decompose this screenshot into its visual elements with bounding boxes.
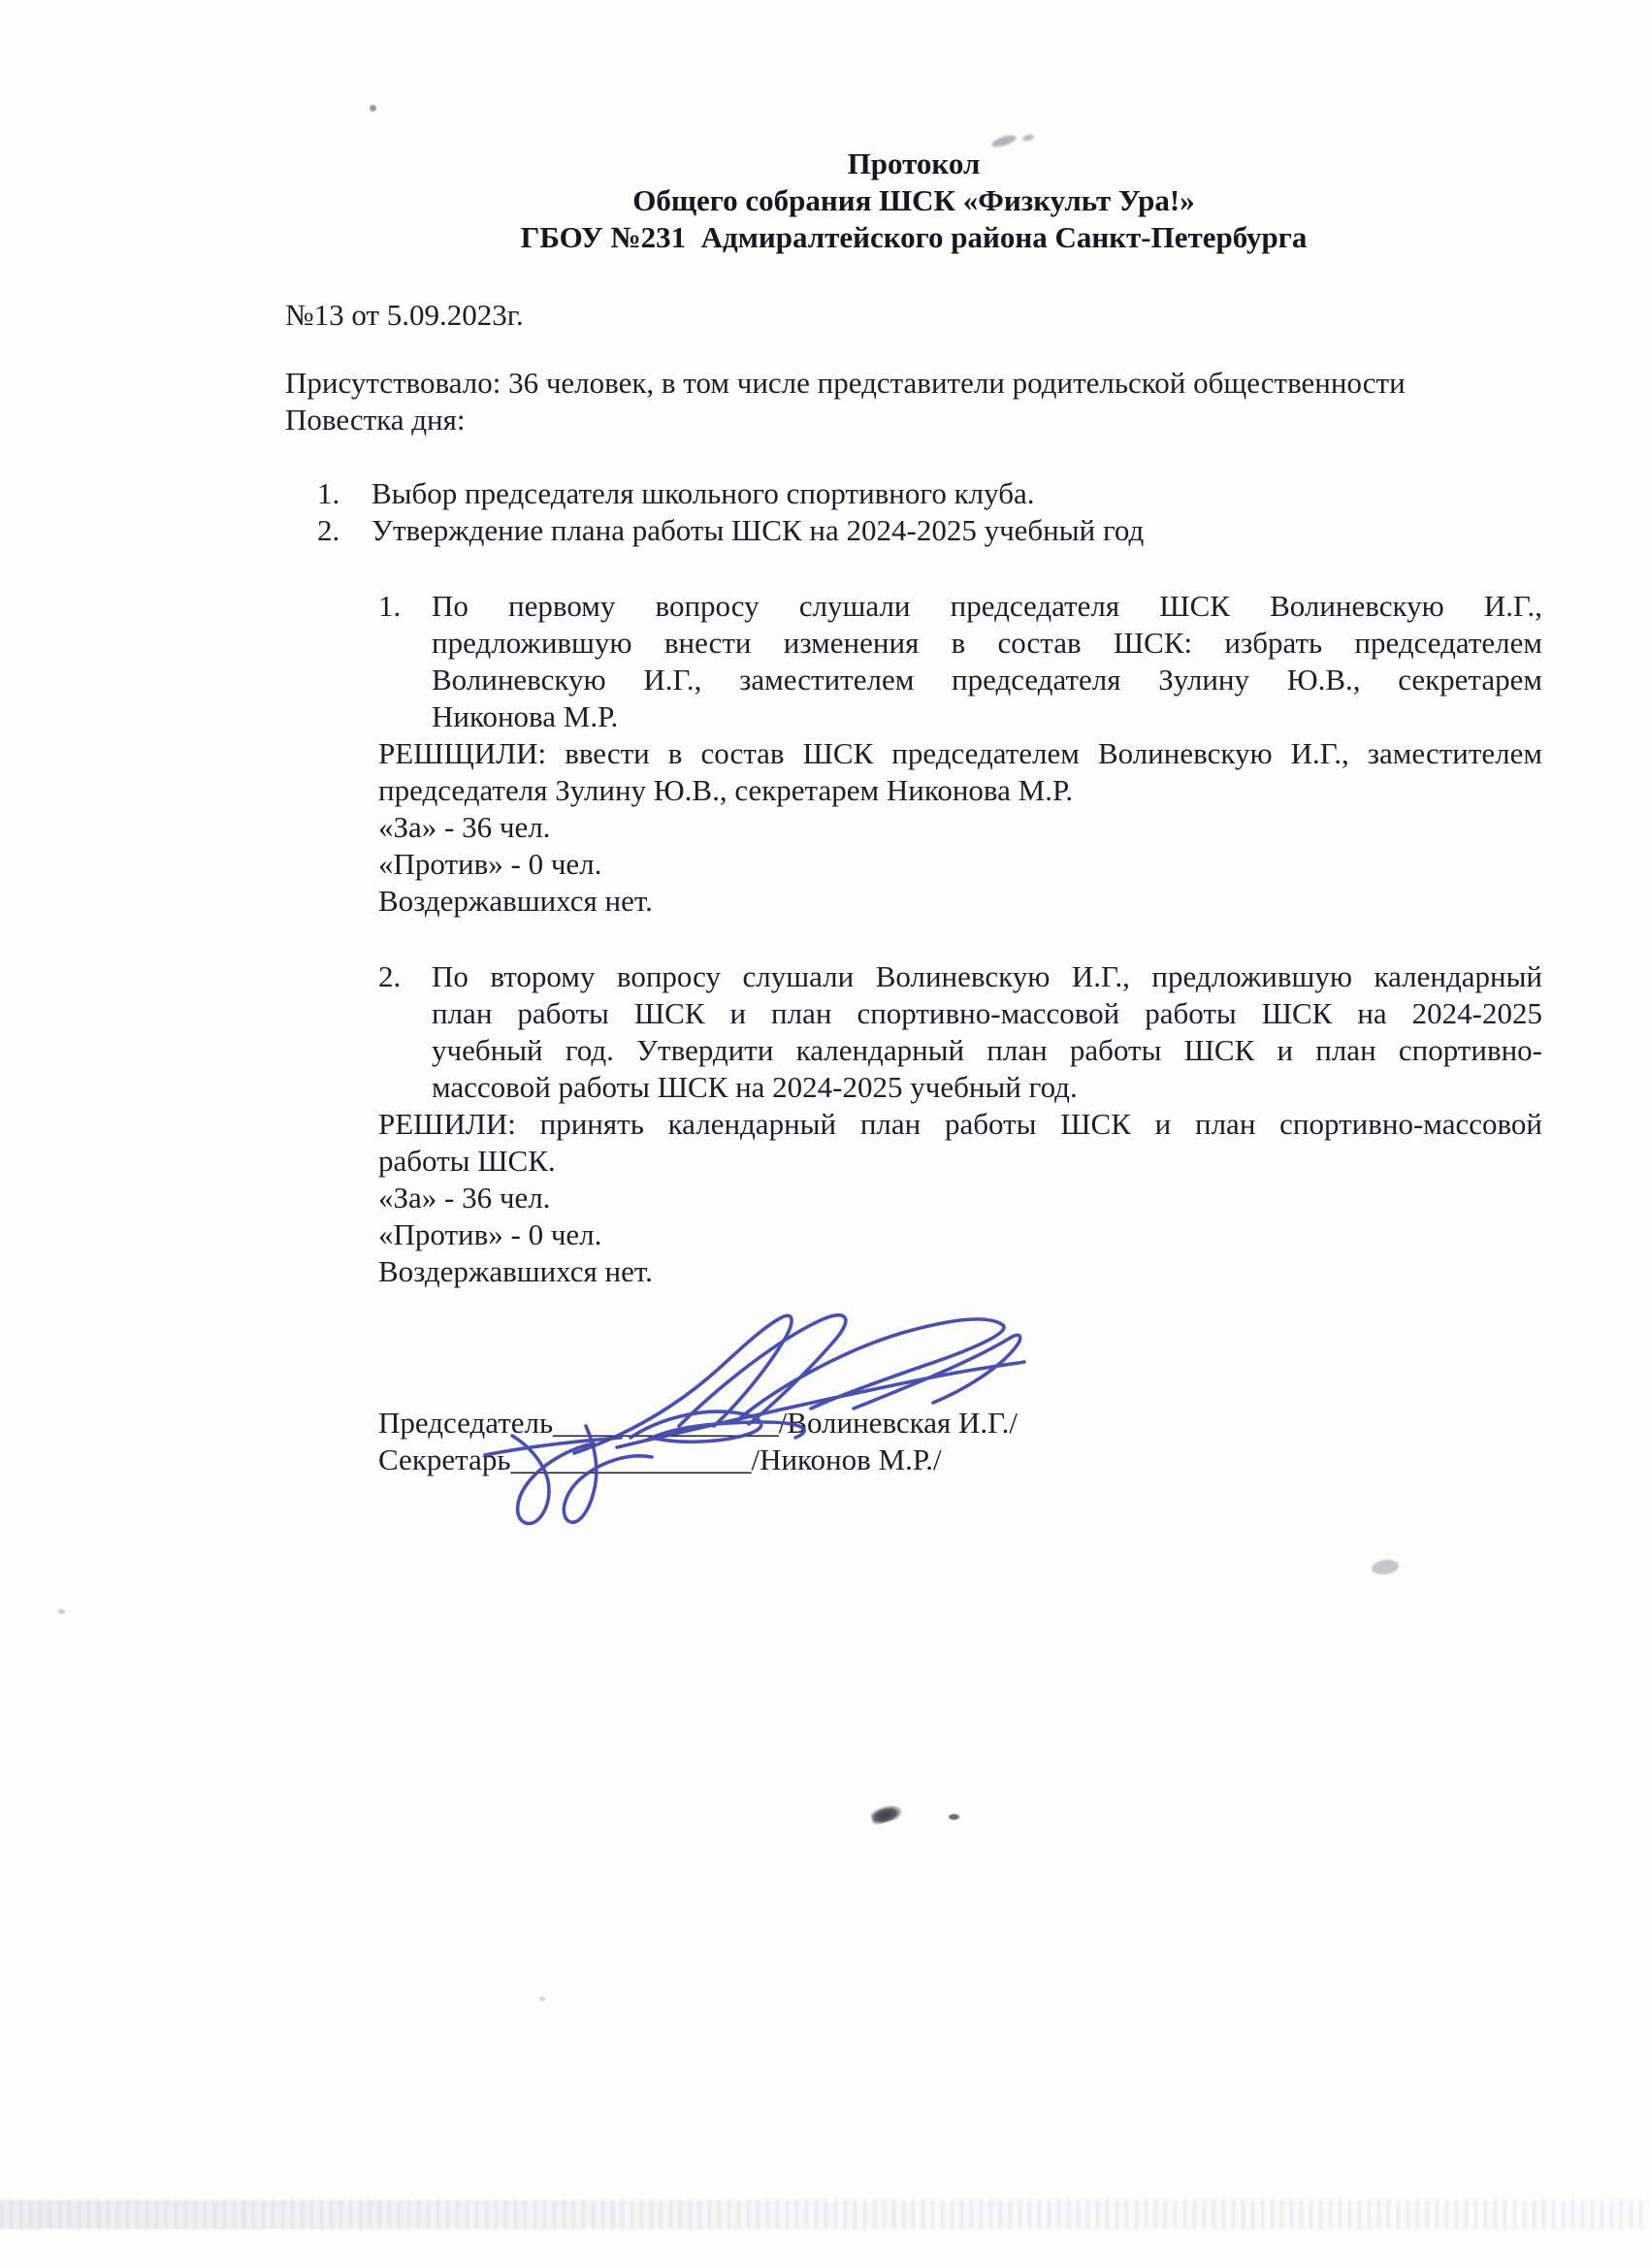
secretary-name: /Никонов М.Р./ [751,1442,941,1476]
text-line: работы ШСК. [378,1143,1542,1180]
agenda-item-number: 1. [317,475,372,512]
chairman-signature-line: _______________ [553,1406,779,1440]
question-number: 2. [378,958,432,1106]
chairman-name: /Волиневская И.Г./ [779,1406,1018,1440]
scan-speck [539,1996,545,2001]
agenda-item-text: Утверждение плана работы ШСК на 2024-202… [372,512,1542,549]
resolution-1-block: РЕШЩИЛИ: ввести в состав ШСК председател… [378,735,1542,920]
text-line: Общего собрания ШСК «Физкульт Ура!» [285,182,1542,219]
text-line: массовой работы ШСК на 2024-2025 учебный… [432,1069,1542,1106]
attendance-line: Присутствовало: 36 человек, в том числе … [285,365,1542,402]
text-line: РЕШИЛИ: принять календарный план работы … [378,1106,1542,1143]
text-line: Протокол [285,146,1542,182]
question-2-section: 2. По второму вопросу слушали Волиневску… [285,958,1542,1290]
text-line: По первому вопросу слушали председателя … [432,588,1542,625]
text-line: ГБОУ №231 Адмиралтейского района Санкт-П… [285,219,1542,256]
text-line: председателя Зулину Ю.В., секретарем Ник… [378,772,1542,809]
agenda-list: 1. Выбор председателя школьного спортивн… [285,475,1542,549]
document-content: ПротоколОбщего собрания ШСК «Физкульт Ур… [285,146,1542,1478]
text-line: «За» - 36 чел. [378,809,1542,846]
agenda-label: Повестка дня: [285,402,1542,438]
chairman-role-label: Председатель [378,1406,553,1440]
chairman-signature-row: Председатель_______________/Волиневская … [378,1405,1542,1442]
text-line: Воздержавшихся нет. [378,883,1542,920]
protocol-number-line: №13 от 5.09.2023г. [285,297,1542,334]
question-number: 1. [378,588,432,735]
text-line: план работы ШСК и план спортивно-массово… [432,995,1542,1032]
ink-blot [869,1802,903,1826]
text-line: предложившую внести изменения в состав Ш… [432,625,1542,662]
secretary-role-label: Секретарь [378,1442,510,1476]
text-line: учебный год. Утвердити календарный план … [432,1032,1542,1069]
ink-speck [949,1814,959,1820]
agenda-item-number: 2. [317,512,372,549]
text-line: «Против» - 0 чел. [378,846,1542,883]
text-line: По второму вопросу слушали Волиневскую И… [432,958,1542,995]
scanned-protocol-page: ПротоколОбщего собрания ШСК «Физкульт Ур… [0,0,1649,2268]
signature-block: Председатель_______________/Волиневская … [378,1405,1542,1478]
question-1-section: 1. По первому вопросу слушали председате… [285,588,1542,920]
scan-smudge [1371,1558,1400,1576]
scan-edge-noise [0,2200,1649,2229]
agenda-item-text: Выбор председателя школьного спортивного… [372,475,1542,512]
text-line: Воздержавшихся нет. [378,1253,1542,1290]
question-1-paragraph: 1. По первому вопросу слушали председате… [285,588,1542,735]
text-line: Никонова М.Р. [432,698,1542,735]
document-title: ПротоколОбщего собрания ШСК «Физкульт Ур… [285,146,1542,256]
scan-speck [370,105,376,112]
text-line: РЕШЩИЛИ: ввести в состав ШСК председател… [378,735,1542,772]
scan-speck [58,1609,65,1614]
text-line: Волиневскую И.Г., заместителем председат… [432,662,1542,698]
secretary-signature-row: Секретарь________________/Никонов М.Р./ [378,1442,1542,1478]
scan-smudge [1021,134,1034,143]
question-2-text: По второму вопросу слушали Волиневскую И… [432,958,1542,1106]
question-2-paragraph: 2. По второму вопросу слушали Волиневску… [285,958,1542,1106]
agenda-item-2: 2. Утверждение плана работы ШСК на 2024-… [285,512,1542,549]
resolution-2-block: РЕШИЛИ: принять календарный план работы … [378,1106,1542,1290]
text-line: «За» - 36 чел. [378,1180,1542,1216]
question-1-text: По первому вопросу слушали председателя … [432,588,1542,735]
agenda-item-1: 1. Выбор председателя школьного спортивн… [285,475,1542,512]
text-line: «Против» - 0 чел. [378,1216,1542,1253]
secretary-signature-line: ________________ [510,1442,751,1476]
